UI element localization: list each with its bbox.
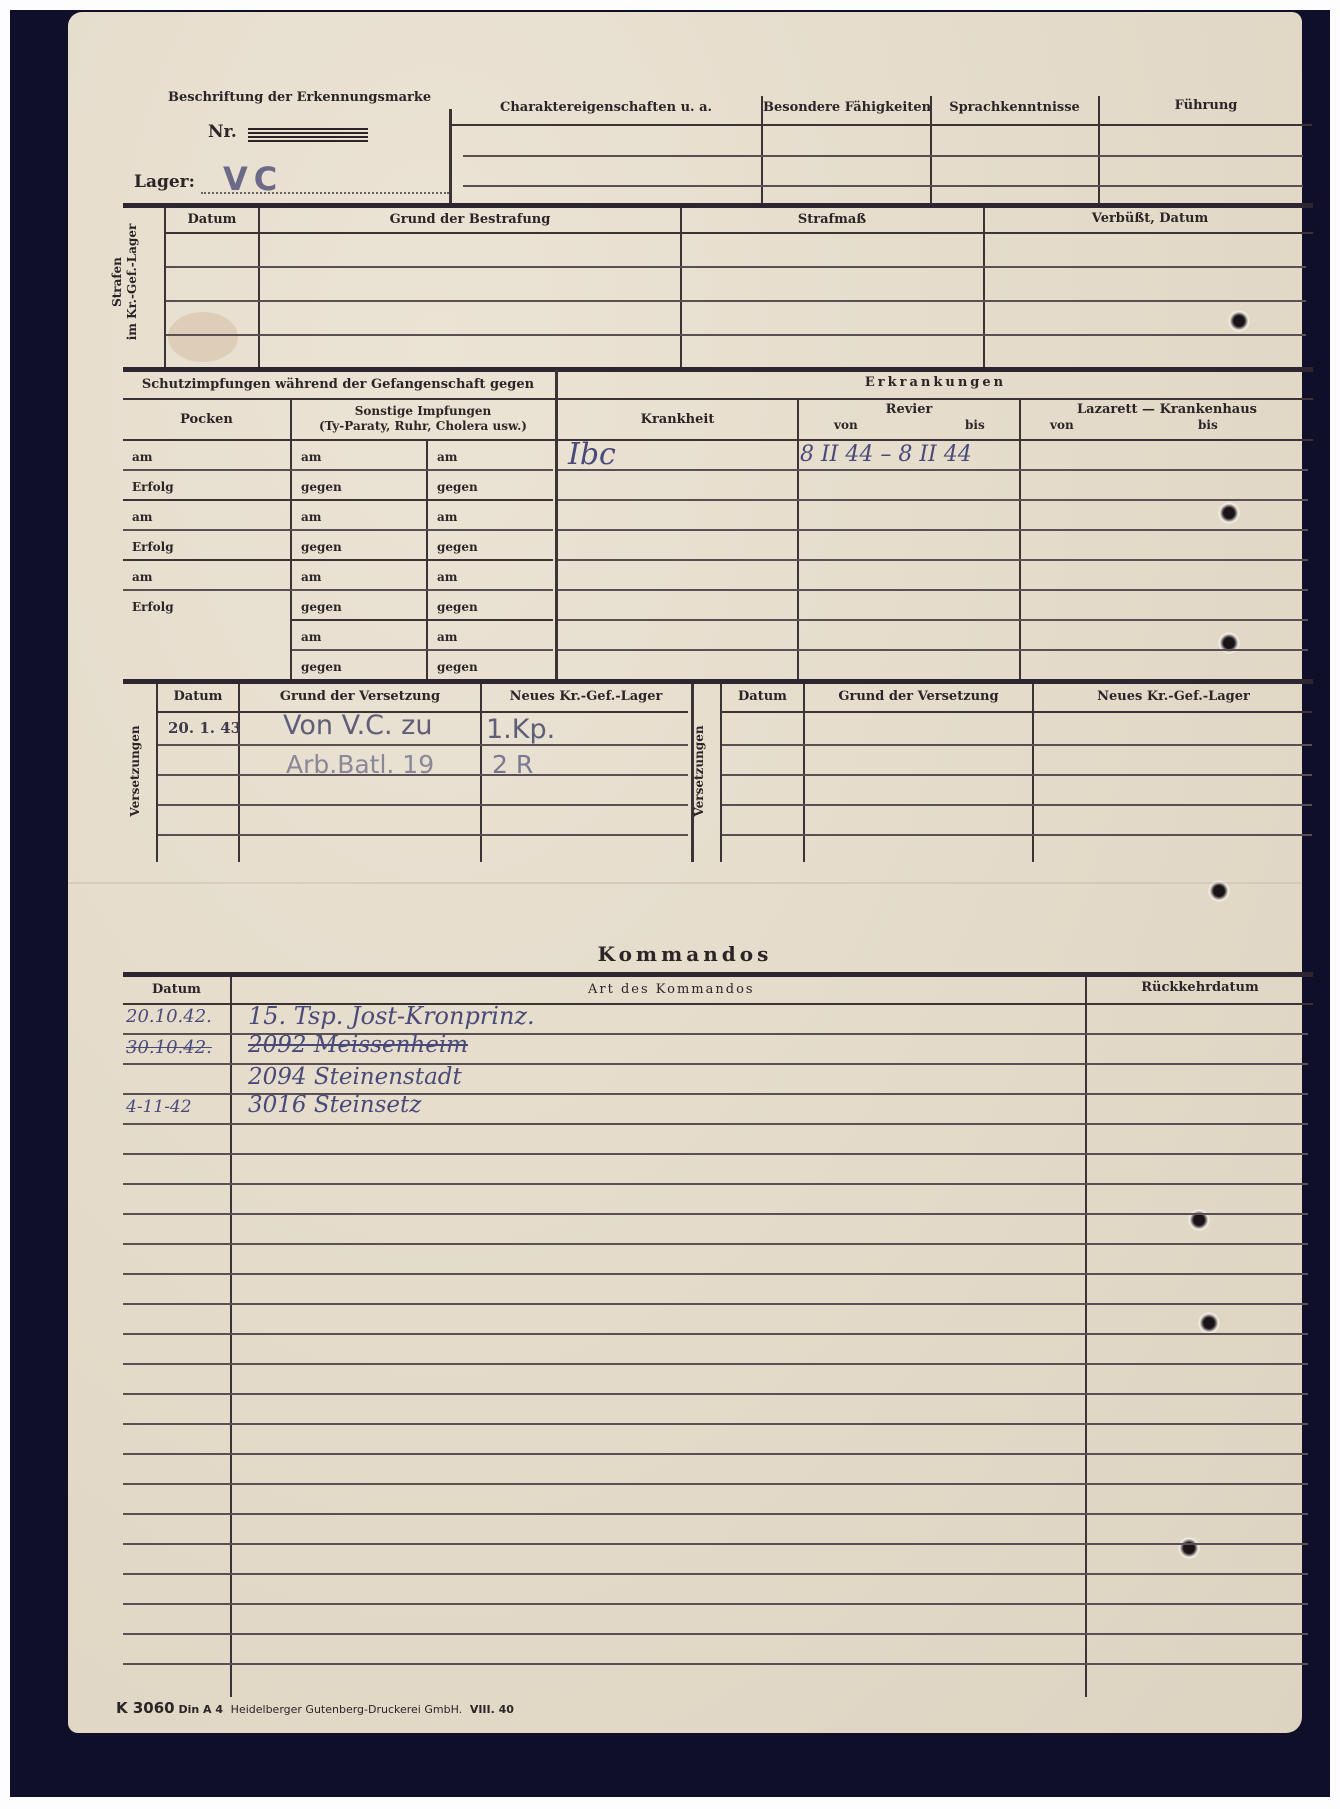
divider	[230, 977, 232, 1697]
col-pocken: Pocken	[123, 412, 290, 427]
sonstige2-row-am: am	[437, 450, 457, 464]
strafen-col-strafmass: Strafmaß	[682, 212, 982, 227]
vers-left-col-grund: Grund der Versetzung	[240, 689, 480, 704]
sonstige2-row-gegen: gegen	[437, 600, 478, 614]
col-sprachen: Sprachkenntnisse	[932, 100, 1097, 115]
sonstige-row-gegen: gegen	[301, 600, 342, 614]
rule	[158, 744, 688, 746]
vers-datum-entry: 20. 1. 43	[168, 719, 241, 737]
sonstige-row-am: am	[301, 570, 321, 584]
rule	[123, 1663, 1308, 1665]
rule	[123, 1183, 1308, 1185]
rule	[123, 1543, 1308, 1545]
vers-left-col-lager: Neues Kr.-Gef.-Lager	[482, 689, 690, 704]
sonstige2-row-am: am	[437, 570, 457, 584]
sonstige2-row-gegen: gegen	[437, 480, 478, 494]
col-krankheit: Krankheit	[558, 412, 797, 427]
document-card: Beschriftung der Erkennungsmarke Nr. Lag…	[68, 12, 1302, 1733]
rule	[123, 499, 553, 501]
punch-hole	[1228, 310, 1250, 332]
lazarett-von: von	[1050, 418, 1074, 432]
rule	[123, 1453, 1308, 1455]
pocken-row-am: am	[132, 570, 152, 584]
vers-grund-entry-2: Arb.Batl. 19	[286, 750, 434, 779]
section-divider	[123, 203, 1313, 208]
rule	[158, 834, 688, 836]
rule	[123, 1573, 1308, 1575]
sonstige-row-am: am	[301, 450, 321, 464]
divider	[1019, 400, 1021, 682]
vers-grund-entry: Von V.C. zu	[283, 710, 432, 741]
rule	[722, 744, 1312, 746]
col-sonstige: Sonstige Impfungen	[292, 404, 554, 418]
col-fuehrung: Führung	[1100, 98, 1312, 113]
divider	[426, 440, 428, 682]
rule	[123, 1603, 1308, 1605]
pocken-row-am: am	[132, 450, 152, 464]
versetzungen-side-label-right: Versetzungen	[692, 716, 706, 826]
strafen-side-label: Strafen im Kr.-Gef.-Lager	[110, 217, 140, 347]
col-sonstige-detail: (Ty-Paraty, Ruhr, Cholera usw.)	[292, 419, 554, 433]
fold-line	[68, 882, 1302, 884]
strafen-label-2: im Kr.-Gef.-Lager	[125, 217, 140, 347]
rule	[123, 1243, 1308, 1245]
rule	[123, 1633, 1308, 1635]
rule	[722, 804, 1312, 806]
rule	[123, 469, 553, 471]
erkrankungen-title: Erkrankungen	[558, 375, 1313, 390]
rule	[158, 804, 688, 806]
form-number: K 3060	[116, 1699, 175, 1717]
section-divider	[123, 679, 1313, 684]
rule	[123, 1213, 1308, 1215]
punch-hole	[1178, 1537, 1200, 1559]
print-footer: K 3060 Din A 4 Heidelberger Gutenberg-Dr…	[116, 1699, 514, 1717]
punch-hole	[1218, 632, 1240, 654]
rule	[123, 439, 1313, 441]
tag-title: Beschriftung der Erkennungsmarke	[168, 90, 408, 105]
kommandos-col-rueckkehr: Rückkehrdatum	[1087, 980, 1313, 995]
rule	[558, 589, 1308, 591]
rule	[558, 499, 1308, 501]
rule	[123, 398, 1313, 400]
kommando-art: 3016 Steinsetz	[248, 1092, 421, 1118]
vers-right-col-lager: Neues Kr.-Gef.-Lager	[1034, 689, 1313, 704]
sonstige-row-gegen: gegen	[301, 660, 342, 674]
versetzungen-side-label-left: Versetzungen	[128, 716, 142, 826]
printer-name: Heidelberger Gutenberg-Druckerei GmbH.	[231, 1703, 462, 1716]
rule	[123, 1423, 1308, 1425]
kommandos-col-art: Art des Kommandos	[588, 982, 755, 997]
divider	[290, 400, 292, 682]
col-revier: Revier	[799, 402, 1019, 417]
vers-left-col-datum: Datum	[158, 689, 238, 704]
sonstige2-row-am: am	[437, 630, 457, 644]
divider	[1085, 977, 1087, 1697]
vers-lager-entry: 1.Kp.	[486, 714, 555, 745]
kommando-art: 2094 Steinenstadt	[248, 1064, 462, 1090]
rule	[722, 834, 1312, 836]
rule	[463, 155, 1303, 157]
nr-redacted-field	[248, 128, 368, 142]
pocken-row-erfolg: Erfolg	[132, 600, 174, 614]
kommandos-col-datum: Datum	[123, 982, 230, 997]
strafen-col-datum: Datum	[166, 212, 258, 227]
punch-hole	[1198, 1312, 1220, 1334]
section-divider	[123, 367, 1313, 372]
rule	[166, 232, 1313, 234]
punch-hole	[1218, 502, 1240, 524]
kommando-datum: 20.10.42.	[126, 1006, 212, 1027]
pocken-row-erfolg: Erfolg	[132, 540, 174, 554]
col-faehigkeiten: Besondere Fähigkeiten	[763, 100, 929, 115]
sonstige-row-am: am	[301, 510, 321, 524]
kommando-datum: 4-11-42	[126, 1097, 192, 1117]
rule	[123, 1123, 1308, 1125]
col-lazarett: Lazarett — Krankenhaus	[1021, 402, 1313, 417]
sonstige2-row-gegen: gegen	[437, 540, 478, 554]
rule	[558, 469, 1308, 471]
sonstige2-row-am: am	[437, 510, 457, 524]
rule	[123, 1153, 1308, 1155]
vers-right-col-datum: Datum	[722, 689, 803, 704]
rule	[123, 1393, 1308, 1395]
rule	[292, 649, 553, 651]
rule	[558, 529, 1308, 531]
rule	[463, 185, 1303, 187]
rule	[123, 1483, 1308, 1485]
revier-entry: 8 II 44 – 8 II 44	[800, 442, 972, 467]
rule	[123, 529, 553, 531]
rule	[722, 774, 1312, 776]
rule	[166, 266, 1306, 268]
rule	[123, 559, 553, 561]
lager-dotted-line	[201, 192, 449, 194]
form-format: Din A 4	[178, 1703, 223, 1716]
nr-label: Nr.	[208, 122, 237, 142]
pocken-row-am: am	[132, 510, 152, 524]
kommandos-title: Kommandos	[68, 942, 1302, 966]
rule	[558, 649, 1308, 651]
rule	[123, 1273, 1308, 1275]
kommando-art-struck: 2092 Meissenheim	[248, 1032, 468, 1058]
lager-label: Lager:	[134, 172, 195, 192]
kommando-datum-struck: 30.10.42.	[126, 1037, 212, 1058]
rule	[558, 619, 1308, 621]
lazarett-bis: bis	[1198, 418, 1218, 432]
rule	[722, 711, 1312, 713]
sonstige-row-gegen: gegen	[301, 540, 342, 554]
impfungen-title: Schutzimpfungen während der Gefangenscha…	[123, 377, 553, 392]
sonstige2-row-gegen: gegen	[437, 660, 478, 674]
revier-von: von	[834, 418, 858, 432]
sonstige-row-am: am	[301, 630, 321, 644]
krankheit-entry: Ibc	[568, 437, 616, 472]
rule	[123, 1513, 1308, 1515]
revier-bis: bis	[965, 418, 985, 432]
strafen-col-verbuesst: Verbüßt, Datum	[985, 211, 1315, 226]
vers-right-col-grund: Grund der Versetzung	[805, 689, 1032, 704]
rule	[166, 334, 1306, 336]
strafen-col-grund: Grund der Bestrafung	[260, 212, 680, 227]
divider	[797, 400, 799, 682]
rule	[123, 589, 553, 591]
sonstige-row-gegen: gegen	[301, 480, 342, 494]
pocken-row-erfolg: Erfolg	[132, 480, 174, 494]
divider	[451, 124, 1312, 126]
rule	[123, 1363, 1308, 1365]
col-charakter: Charaktereigenschaften u. a.	[451, 100, 761, 115]
rule	[123, 1303, 1308, 1305]
stain	[168, 312, 238, 362]
vers-lager-entry-2: 2 R	[492, 750, 533, 779]
rule	[166, 300, 1306, 302]
kommando-art: 15. Tsp. Jost-Kronprinz.	[248, 1002, 535, 1030]
rule	[292, 619, 553, 621]
section-divider	[123, 972, 1313, 977]
rule	[558, 559, 1308, 561]
strafen-label-1: Strafen	[110, 217, 125, 347]
rule	[123, 1333, 1308, 1335]
print-date: VIII. 40	[470, 1703, 514, 1716]
